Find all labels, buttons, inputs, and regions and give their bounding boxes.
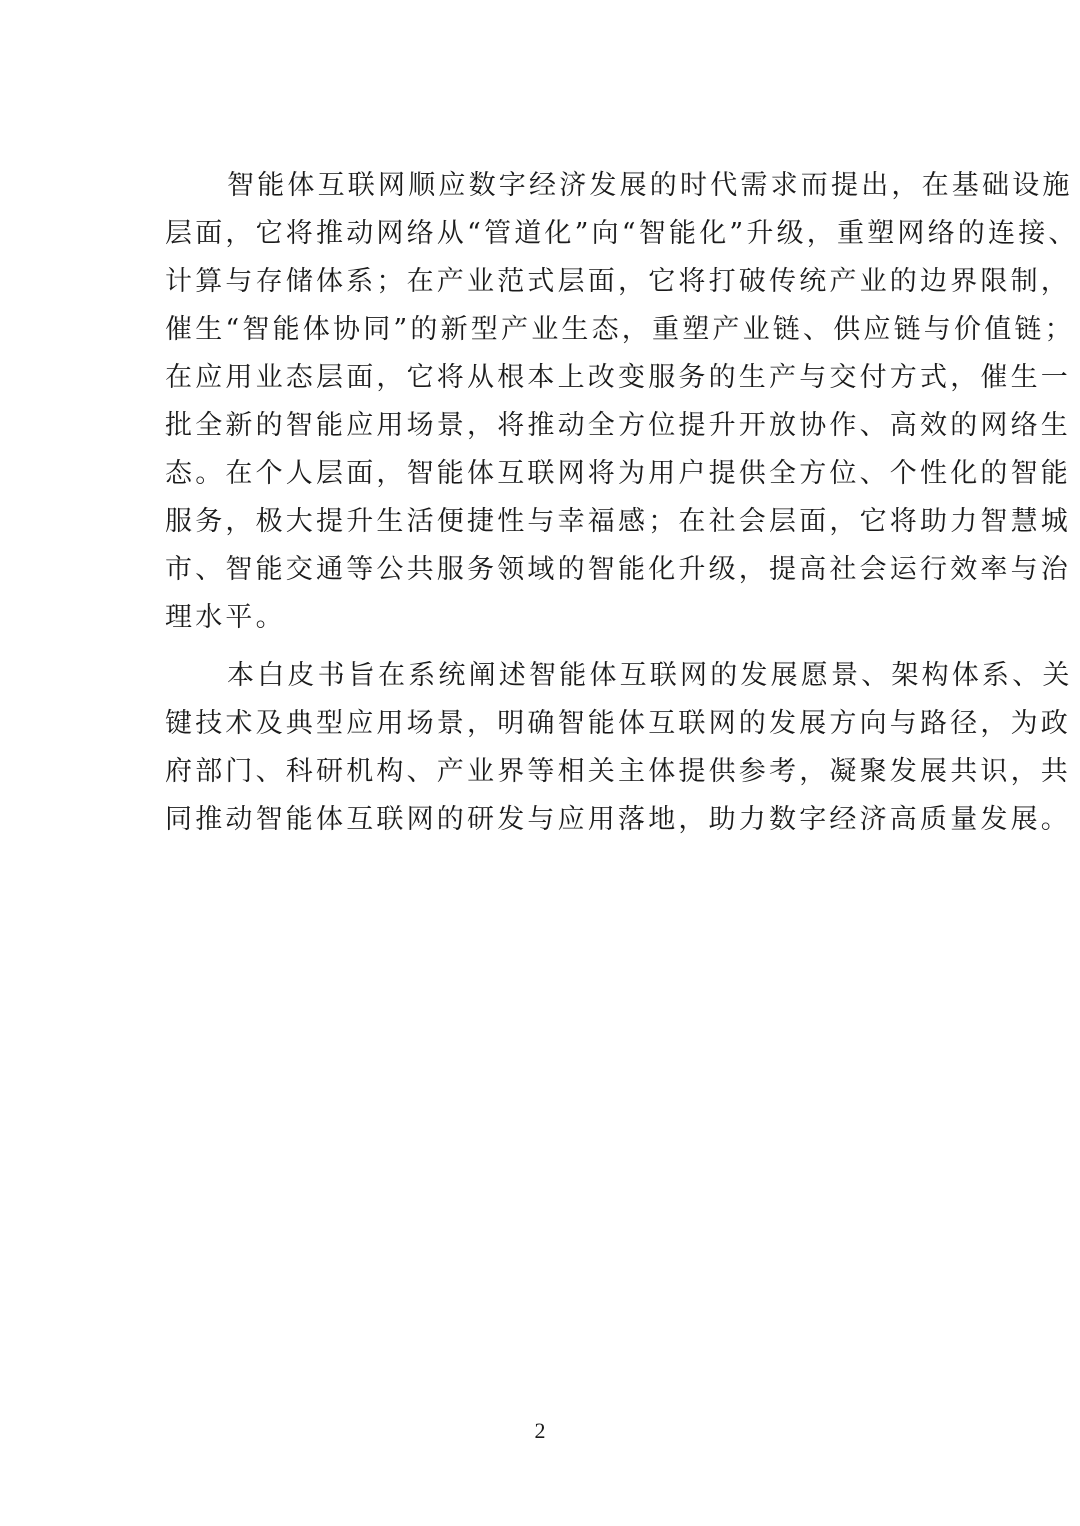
paragraph-2: 本白皮书旨在系统阐述智能体互联网的发展愿景、架构体系、关 键技术及典型应用场景，… xyxy=(165,652,917,844)
text-line: 智能体互联网顺应数字经济发展的时代需求而提出，在基础设施 xyxy=(165,162,917,210)
text-line: 批全新的智能应用场景，将推动全方位提升开放协作、高效的网络生 xyxy=(165,402,917,450)
text-line: 府部门、科研机构、产业界等相关主体提供参考，凝聚发展共识，共 xyxy=(165,748,917,796)
paragraph-spacing xyxy=(165,642,917,652)
text-line: 态。在个人层面，智能体互联网将为用户提供全方位、个性化的智能 xyxy=(165,450,917,498)
document-page: 智能体互联网顺应数字经济发展的时代需求而提出，在基础设施 层面，它将推动网络从“… xyxy=(0,0,1080,1526)
text-line: 市、智能交通等公共服务领域的智能化升级，提高社会运行效率与治 xyxy=(165,546,917,594)
text-line: 理水平。 xyxy=(165,594,917,642)
text-line: 层面，它将推动网络从“管道化”向“智能化”升级，重塑网络的连接、 xyxy=(165,210,917,258)
text-line: 服务，极大提升生活便捷性与幸福感；在社会层面，它将助力智慧城 xyxy=(165,498,917,546)
body-text: 智能体互联网顺应数字经济发展的时代需求而提出，在基础设施 层面，它将推动网络从“… xyxy=(165,162,917,844)
text-line: 键技术及典型应用场景，明确智能体互联网的发展方向与路径，为政 xyxy=(165,700,917,748)
text-line: 催生“智能体协同”的新型产业生态，重塑产业链、供应链与价值链； xyxy=(165,306,917,354)
paragraph-1: 智能体互联网顺应数字经济发展的时代需求而提出，在基础设施 层面，它将推动网络从“… xyxy=(165,162,917,642)
text-line: 在应用业态层面，它将从根本上改变服务的生产与交付方式，催生一 xyxy=(165,354,917,402)
text-line: 同推动智能体互联网的研发与应用落地，助力数字经济高质量发展。 xyxy=(165,796,917,844)
page-number: 2 xyxy=(0,1418,1080,1444)
text-line: 计算与存储体系；在产业范式层面，它将打破传统产业的边界限制， xyxy=(165,258,917,306)
text-line: 本白皮书旨在系统阐述智能体互联网的发展愿景、架构体系、关 xyxy=(165,652,917,700)
